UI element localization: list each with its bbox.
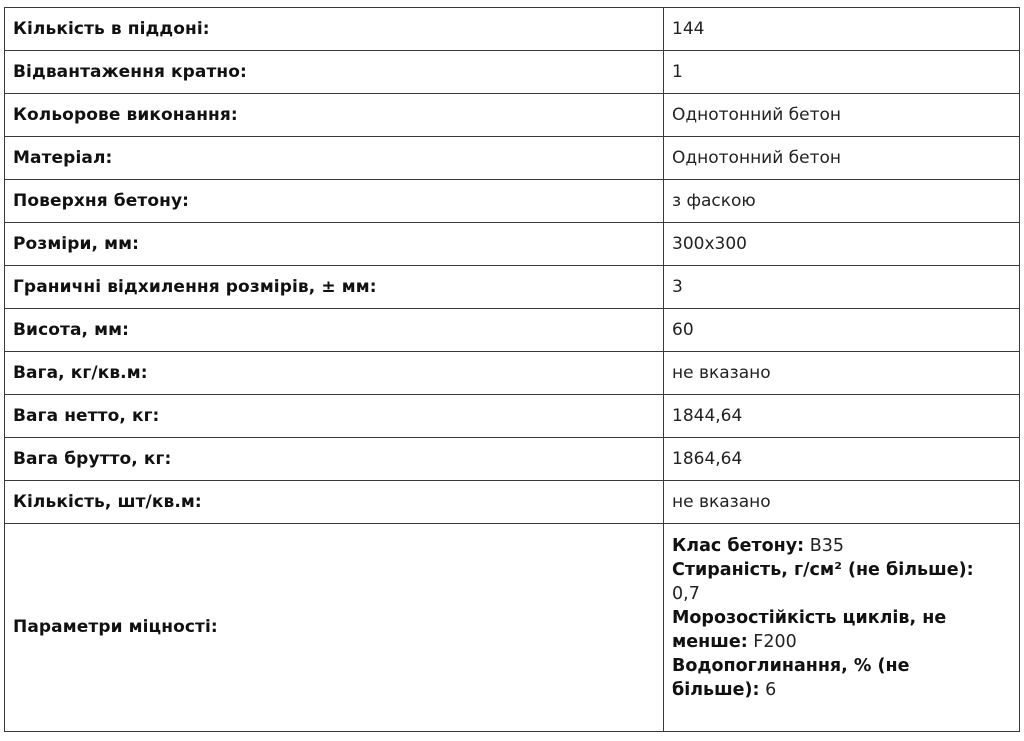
param-water-absorption: Водопоглинання, % (не більше): 6 bbox=[672, 654, 999, 702]
param-abrasion: Стираність, г/см² (не більше): 0,7 bbox=[672, 558, 999, 606]
table-row: Розміри, мм: 300x300 bbox=[5, 223, 1020, 266]
spec-value: 1844,64 bbox=[664, 395, 1020, 438]
table-row: Кількість, шт/кв.м: не вказано bbox=[5, 481, 1020, 524]
spec-label: Кількість, шт/кв.м: bbox=[5, 481, 664, 524]
table-row: Вага, кг/кв.м: не вказано bbox=[5, 352, 1020, 395]
spec-label: Поверхня бетону: bbox=[5, 180, 664, 223]
spec-label: Розміри, мм: bbox=[5, 223, 664, 266]
param-value: 6 bbox=[765, 680, 776, 700]
spec-value: не вказано bbox=[664, 352, 1020, 395]
param-key: Морозостійкість циклів, не менше: bbox=[672, 608, 946, 652]
spec-value: 144 bbox=[664, 8, 1020, 51]
table-row: Відвантаження кратно: 1 bbox=[5, 51, 1020, 94]
strength-params: Клас бетону: B35 Стираність, г/см² (не б… bbox=[664, 524, 1020, 732]
spec-label: Кількість в піддоні: bbox=[5, 8, 664, 51]
table-row: Граничні відхилення розмірів, ± мм: 3 bbox=[5, 266, 1020, 309]
table-row: Вага брутто, кг: 1864,64 bbox=[5, 438, 1020, 481]
spec-value: 1864,64 bbox=[664, 438, 1020, 481]
param-value: 0,7 bbox=[672, 584, 700, 604]
spec-label: Вага брутто, кг: bbox=[5, 438, 664, 481]
param-key: Водопоглинання, % (не більше): bbox=[672, 656, 910, 700]
table-row-strength: Параметри міцності: Клас бетону: B35 Сти… bbox=[5, 524, 1020, 732]
spec-value: Однотонний бетон bbox=[664, 94, 1020, 137]
param-key: Клас бетону: bbox=[672, 536, 804, 556]
table-row: Поверхня бетону: з фаскою bbox=[5, 180, 1020, 223]
spec-label: Параметри міцності: bbox=[5, 524, 664, 732]
spec-value: з фаскою bbox=[664, 180, 1020, 223]
table-row: Кількість в піддоні: 144 bbox=[5, 8, 1020, 51]
spec-value: 1 bbox=[664, 51, 1020, 94]
param-concrete-class: Клас бетону: B35 bbox=[672, 534, 999, 558]
param-value: B35 bbox=[810, 536, 844, 556]
spec-label: Відвантаження кратно: bbox=[5, 51, 664, 94]
spec-label: Вага, кг/кв.м: bbox=[5, 352, 664, 395]
table-row: Висота, мм: 60 bbox=[5, 309, 1020, 352]
param-frost-resistance: Морозостійкість циклів, не менше: F200 bbox=[672, 606, 999, 654]
spec-label: Висота, мм: bbox=[5, 309, 664, 352]
table-row: Вага нетто, кг: 1844,64 bbox=[5, 395, 1020, 438]
spec-label: Матеріал: bbox=[5, 137, 664, 180]
table-row: Матеріал: Однотонний бетон bbox=[5, 137, 1020, 180]
spec-value: 3 bbox=[664, 266, 1020, 309]
param-key: Стираність, г/см² (не більше): bbox=[672, 560, 974, 580]
spec-value: не вказано bbox=[664, 481, 1020, 524]
spec-value: 300x300 bbox=[664, 223, 1020, 266]
spec-label: Вага нетто, кг: bbox=[5, 395, 664, 438]
table-row: Кольорове виконання: Однотонний бетон bbox=[5, 94, 1020, 137]
spec-label: Граничні відхилення розмірів, ± мм: bbox=[5, 266, 664, 309]
spec-value: 60 bbox=[664, 309, 1020, 352]
param-value: F200 bbox=[753, 632, 796, 652]
spec-label: Кольорове виконання: bbox=[5, 94, 664, 137]
spec-value: Однотонний бетон bbox=[664, 137, 1020, 180]
product-specs-table: Кількість в піддоні: 144 Відвантаження к… bbox=[4, 7, 1020, 732]
